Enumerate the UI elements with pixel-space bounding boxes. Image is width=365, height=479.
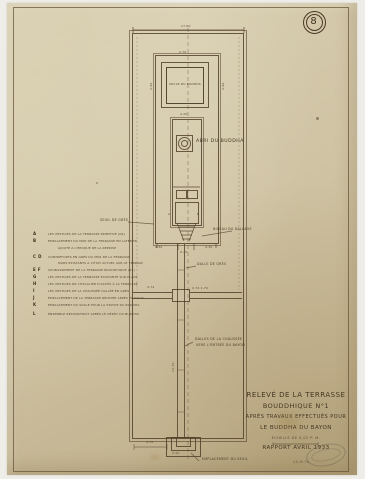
legend-letter: C D	[33, 255, 42, 259]
dim-below-center: 2.20	[180, 251, 187, 254]
legend-text: LES VESTIGES DE LA TERRASSE EXISTANTE SU…	[48, 276, 138, 279]
marker-b: B	[197, 213, 199, 216]
legend-text: EMPLACEMENT DU MUR DE LA TERRASSE EN LAT…	[48, 240, 137, 243]
dim-causeway-length: 12.70	[172, 362, 175, 372]
dim-overall-width: 17.60	[181, 25, 191, 28]
dim-below-right: 4.30	[205, 246, 212, 249]
legend-text: LES VESTIGES DE L'ESCALIER D'ACCÈS À LA …	[48, 283, 138, 286]
legend-letter: J	[33, 296, 35, 300]
legend-letter: K	[33, 303, 37, 307]
legend-text: CONTREFORTS EN GRÈS DU MUR DE LA TERRASS…	[48, 256, 130, 259]
oval-stamp-inner	[310, 446, 342, 464]
dim-divider-center: 0.74 1.70	[192, 287, 208, 290]
legend-text: EMPLACEMENT DU SOCLE POUR LA STATUE DU B…	[48, 304, 140, 307]
title-line3: APRÈS TRAVAUX EFFECTUÉS POUR	[242, 415, 350, 420]
legend-letter: G	[33, 275, 37, 279]
title-line2: BOUDDHIQUE N°1	[242, 403, 350, 410]
dim-abri-width: 4.20	[180, 113, 187, 116]
chaussee-label-line2: VERS L'ENTRÉE DU BAYON	[196, 344, 245, 347]
legend-letter: E F	[33, 268, 41, 272]
dim-below-left: 4.30	[155, 246, 162, 249]
legend-text: EMPLACEMENT DE LA TERRASSE RELEVÉE APRÈS…	[48, 297, 144, 300]
legend-text: SOUBASSEMENT DE LA TERRASSE BOUDDHIQUE (…	[48, 269, 135, 272]
legend-text: LES VESTIGES DE LA TERRASSE PRIMITIVE (N…	[48, 233, 125, 236]
dim-divider-left: 4.74	[147, 286, 154, 289]
dallage-label: NIVEAU DU DALLAGE	[213, 228, 252, 231]
legend-letter: L	[33, 312, 36, 316]
legend-text: ENSEMBLE RECONSTRUIT APRÈS LE DÉPÔT DU B…	[48, 313, 139, 316]
legend-text: LES VESTIGES DE LA CHAUSSÉE DALLÉE EN GR…	[48, 290, 129, 293]
legend-letter: A	[33, 232, 37, 236]
title-scale: ÉCHELLE DE 0,02 P. M.	[242, 437, 350, 440]
title-line1: RELEVÉ DE LA TERRASSE	[242, 392, 350, 399]
dim-steps-width: 2.20	[172, 452, 179, 455]
dim-bottom-width: 4.70	[146, 441, 153, 444]
legend-text: MURS EXISTANTS À L'ÉTAT ACTUEL SUR LE TE…	[58, 262, 143, 265]
chaussee-label-line1: DALLES DE LA CHAUSSÉE	[195, 338, 242, 341]
legend-letter: I	[33, 289, 35, 293]
dalle-label: DALLE DE GRÈS	[197, 263, 226, 266]
legend-text: AJOUTÉ À L'ÉPOQUE DE LA REPRISE	[58, 247, 116, 250]
emplacement-label: EMPLACEMENT DU SEUIL	[202, 458, 248, 461]
legend-letter: H	[33, 282, 37, 286]
seuil-label: SEUIL DE GRÈS	[100, 219, 128, 222]
title-line4: LE BUDDHA DU BAYON	[242, 426, 350, 432]
marker-a: A	[168, 213, 170, 216]
dim-socle-width: 2.70	[179, 51, 186, 54]
dim-side-left: 4.60	[150, 83, 153, 90]
legend-letter: B	[33, 239, 36, 243]
dim-side-right: 4.60	[222, 83, 225, 90]
